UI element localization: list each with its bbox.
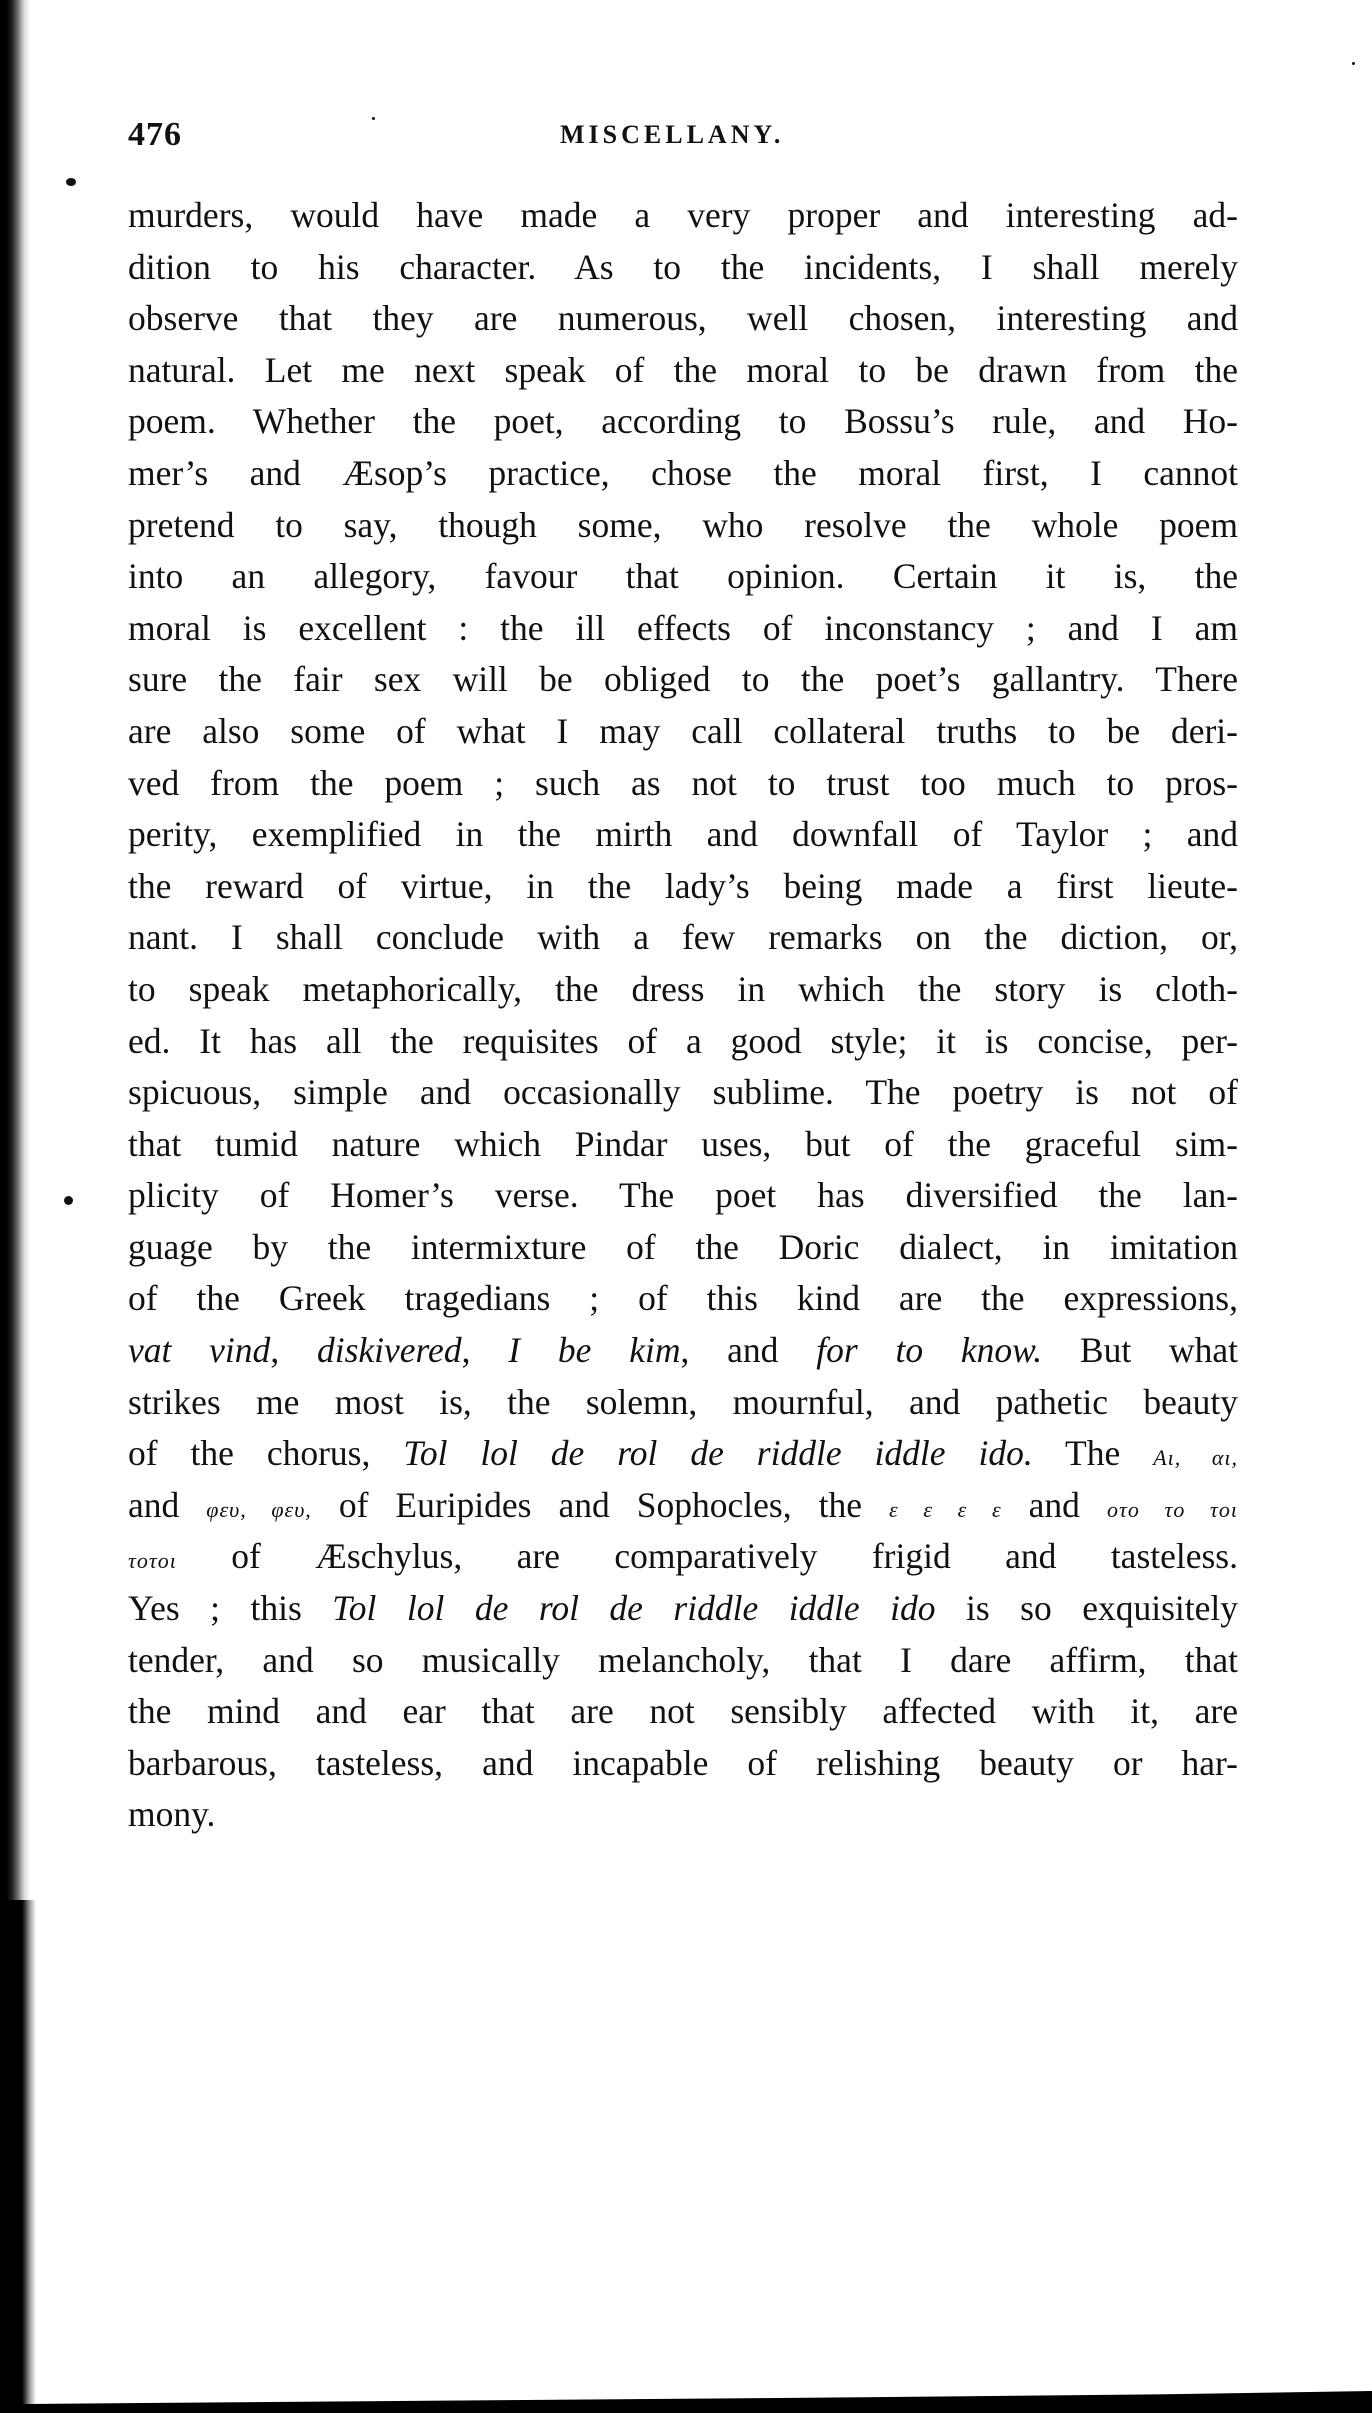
text-line: sure the fair sex will be obliged to the… — [128, 654, 1238, 706]
text-line: vat vind, diskivered, I be kim, and for … — [128, 1325, 1238, 1377]
text-line: that tumid nature which Pindar uses, but… — [128, 1119, 1238, 1171]
text-segment: perity, exemplified in the mirth and dow… — [128, 814, 1238, 854]
text-segment: pretend to say, though some, who resolve… — [128, 505, 1238, 545]
text-segment: strikes me most is, the solemn, mournful… — [128, 1382, 1238, 1422]
text-segment: guage by the intermixture of the Doric d… — [128, 1227, 1238, 1267]
text-segment: are also some of what I may call collate… — [128, 711, 1238, 751]
text-line: pretend to say, though some, who resolve… — [128, 500, 1238, 552]
text-segment: , — [270, 1330, 317, 1370]
text-segment: that tumid nature which Pindar uses, but… — [128, 1124, 1238, 1164]
text-line: mony. — [128, 1789, 1238, 1841]
text-segment: The — [1033, 1433, 1153, 1473]
text-segment: barbarous, tasteless, and incapable of r… — [128, 1743, 1238, 1783]
page-header: 476 MISCELLANY. — [0, 112, 1372, 162]
text-line: spicuous, simple and occasionally sublim… — [128, 1067, 1238, 1119]
italic-text: Tol lol de rol de riddle iddle ido. — [403, 1433, 1032, 1473]
greek-text: οτο το τοι — [1107, 1497, 1238, 1522]
text-line: the reward of virtue, in the lady’s bein… — [128, 861, 1238, 913]
text-segment: of the chorus, — [128, 1433, 403, 1473]
greek-text: ε ε ε ε — [889, 1497, 1002, 1522]
text-segment: sure the fair sex will be obliged to the… — [128, 659, 1238, 699]
text-line: perity, exemplified in the mirth and dow… — [128, 809, 1238, 861]
text-segment: tender, and so musically melancholy, tha… — [128, 1640, 1238, 1680]
text-line: of the Greek tragedians ; of this kind a… — [128, 1273, 1238, 1325]
text-segment: the reward of virtue, in the lady’s bein… — [128, 866, 1238, 906]
text-segment: But what — [1042, 1330, 1238, 1370]
text-line: plicity of Homer’s verse. The poet has d… — [128, 1170, 1238, 1222]
text-segment: the mind and ear that are not sensibly a… — [128, 1691, 1238, 1731]
text-segment: of Æschylus, are comparatively frigid an… — [177, 1536, 1238, 1576]
text-segment: and — [128, 1485, 206, 1525]
text-segment: ed. It has all the requisites of a good … — [128, 1021, 1238, 1061]
text-line: natural. Let me next speak of the moral … — [128, 345, 1238, 397]
text-line: observe that they are numerous, well cho… — [128, 293, 1238, 345]
text-line: are also some of what I may call collate… — [128, 706, 1238, 758]
scan-edge-left-lower — [0, 1900, 36, 2413]
text-segment: moral is excellent : the ill effects of … — [128, 608, 1238, 648]
text-line: of the chorus, Tol lol de rol de riddle … — [128, 1428, 1238, 1480]
text-line: guage by the intermixture of the Doric d… — [128, 1222, 1238, 1274]
text-segment: Yes ; this — [128, 1588, 332, 1628]
running-head: MISCELLANY. — [560, 120, 784, 150]
text-segment: natural. Let me next speak of the moral … — [128, 350, 1238, 390]
text-segment: poem. Whether the poet, according to Bos… — [128, 401, 1238, 441]
text-line: to speak metaphorically, the dress in wh… — [128, 964, 1238, 1016]
text-segment: , — [462, 1330, 509, 1370]
ink-speck — [66, 178, 76, 186]
text-segment: murders, would have made a very proper a… — [128, 195, 1238, 235]
text-line: nant. I shall conclude with a few remark… — [128, 912, 1238, 964]
text-line: murders, would have made a very proper a… — [128, 190, 1238, 242]
text-line: poem. Whether the poet, according to Bos… — [128, 396, 1238, 448]
text-segment: of Euripides and Sophocles, the — [312, 1485, 889, 1525]
text-line: tender, and so musically melancholy, tha… — [128, 1635, 1238, 1687]
text-line: mer’s and Æsop’s practice, chose the mor… — [128, 448, 1238, 500]
text-segment: mony. — [128, 1794, 215, 1834]
text-segment: spicuous, simple and occasionally sublim… — [128, 1072, 1238, 1112]
text-line: and φευ, φευ, of Euripides and Sophocles… — [128, 1480, 1238, 1532]
text-line: Yes ; this Tol lol de rol de riddle iddl… — [128, 1583, 1238, 1635]
text-line: barbarous, tasteless, and incapable of r… — [128, 1738, 1238, 1790]
scan-edge-bottom — [0, 2391, 1372, 2413]
text-line: strikes me most is, the solemn, mournful… — [128, 1377, 1238, 1429]
text-line: dition to his character. As to the incid… — [128, 242, 1238, 294]
ink-speck — [64, 1196, 73, 1205]
text-segment: of the Greek tragedians ; of this kind a… — [128, 1278, 1238, 1318]
italic-text: vat vind — [128, 1330, 270, 1370]
text-line: into an allegory, favour that opinion. C… — [128, 551, 1238, 603]
italic-text: for to know. — [816, 1330, 1042, 1370]
text-segment: mer’s and Æsop’s practice, chose the mor… — [128, 453, 1238, 493]
text-line: ved from the poem ; such as not to trust… — [128, 758, 1238, 810]
text-segment: plicity of Homer’s verse. The poet has d… — [128, 1175, 1238, 1215]
text-segment: to speak metaphorically, the dress in wh… — [128, 969, 1238, 1009]
text-segment: into an allegory, favour that opinion. C… — [128, 556, 1238, 596]
italic-text: I be kim — [508, 1330, 680, 1370]
italic-text: Tol lol de rol de riddle iddle ido — [332, 1588, 935, 1628]
ink-speck — [1352, 62, 1355, 65]
text-line: moral is excellent : the ill effects of … — [128, 603, 1238, 655]
text-segment: , and — [680, 1330, 816, 1370]
text-line: τοτοι of Æschylus, are comparatively fri… — [128, 1531, 1238, 1583]
greek-text: φευ, φευ, — [206, 1497, 312, 1522]
text-segment: nant. I shall conclude with a few remark… — [128, 917, 1238, 957]
italic-text: diskivered — [317, 1330, 462, 1370]
text-segment: ved from the poem ; such as not to trust… — [128, 763, 1238, 803]
text-segment: is so exquisitely — [936, 1588, 1238, 1628]
body-text: murders, would have made a very proper a… — [128, 190, 1238, 1841]
greek-text: Αι, αι, — [1153, 1445, 1238, 1470]
text-segment: dition to his character. As to the incid… — [128, 247, 1238, 287]
greek-text: τοτοι — [128, 1548, 177, 1573]
text-segment: and — [1002, 1485, 1107, 1525]
text-line: ed. It has all the requisites of a good … — [128, 1016, 1238, 1068]
text-segment: observe that they are numerous, well cho… — [128, 298, 1238, 338]
text-line: the mind and ear that are not sensibly a… — [128, 1686, 1238, 1738]
page-number: 476 — [128, 116, 182, 154]
